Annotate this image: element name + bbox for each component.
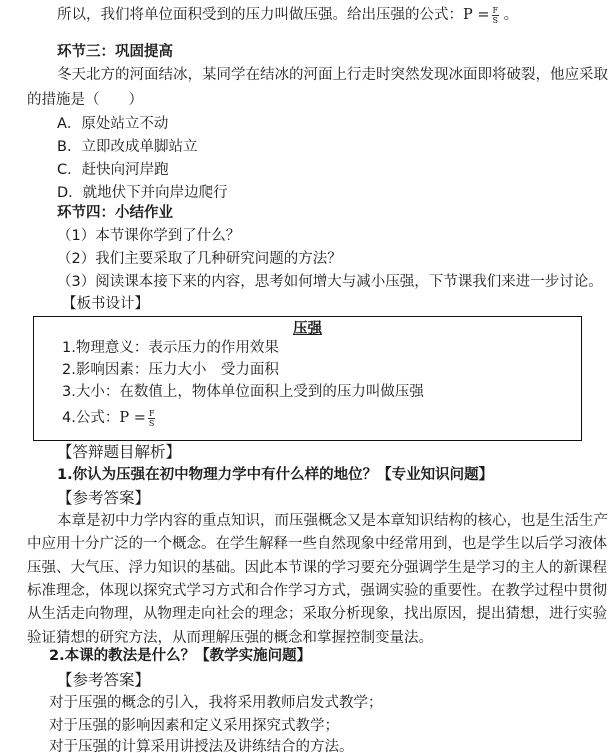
question-line-1: 冬天北方的河面结冰，某同学在结冰的河面上行走时突然发现冰面即将破裂，他应采取: [57, 65, 608, 85]
q1-answer-line: 中应用十分广泛的一个概念。在学生解释一些自然现象中经常用到，也是学生以后学习液体: [27, 534, 607, 554]
formula-fraction: FS: [492, 6, 500, 25]
option-c: C．赶快向河岸跑: [57, 160, 169, 180]
summary-item-2: （2）我们主要采取了几种研究问题的方法？: [57, 249, 342, 269]
board-title: 压强: [34, 319, 581, 339]
q1-answer-line: 从生活走向物理，从物理走向社会的理念；采取分析现象，找出原因，提出猜想，进行实验: [27, 604, 607, 624]
formula-lhs: P =: [463, 7, 490, 23]
board-label: 【板书设计】: [62, 294, 149, 314]
q2-answer-line: 对于压强的概念的引入，我将采用教师启发式教学；: [49, 693, 383, 713]
board-formula-denominator: S: [148, 419, 156, 428]
section3-heading: 环节三：巩固提高: [57, 42, 173, 62]
summary-item-1: （1）本节课你学到了什么？: [57, 226, 240, 246]
defense-label: 【答辩题目解析】: [57, 442, 181, 462]
question-line-2: 的措施是（ ）: [27, 90, 143, 110]
board-formula-fraction: FS: [148, 409, 156, 428]
formula-numerator: F: [492, 6, 500, 16]
option-b: B．立即改成单脚站立: [57, 137, 197, 157]
summary-item-3: （3）阅读课本接下来的内容，思考如何增大与减小压强，下节课我们来进一步讨论。: [57, 272, 603, 292]
q2-answer-line: 对于压强的计算采用讲授法及讲练结合的方法。: [49, 737, 354, 753]
board-item-2: 2.影响因素：压力大小 受力面积: [62, 360, 279, 380]
q2-answer-line: 对于压强的影响因素和定义采用探究式教学；: [49, 716, 339, 736]
board-item-1: 1.物理意义：表示压力的作用效果: [62, 338, 279, 358]
q2-answer-label: 【参考答案】: [57, 670, 150, 690]
intro-text: 所以，我们将单位面积受到的压力叫做压强。给出压强的公式：: [57, 7, 463, 23]
q1-answer-line: 压强、大气压、浮力知识的基础。因此本节课的学习要充分强调学生是学习的主人的新课程: [27, 558, 607, 578]
board-design-box: 压强 1.物理意义：表示压力的作用效果 2.影响因素：压力大小 受力面积 3.大…: [33, 316, 582, 441]
q1-question: 1.你认为压强在初中物理力学中有什么样的地位？【专业知识问题】: [57, 465, 493, 485]
q1-answer-line: 标准理念，体现以探究式学习方式和合作学习方式，强调实验的重要性。在教学过程中贯彻: [27, 581, 607, 601]
board-item-4: 4.公式：P =FS: [62, 408, 155, 428]
formula-denominator: S: [492, 16, 500, 25]
option-a: A．原处站立不动: [57, 114, 168, 134]
formula-label: 4.公式：: [62, 410, 119, 426]
q1-answer-line: 验证猜想的研究方法，从而理解压强的概念和掌握控制变量法。: [27, 628, 433, 648]
q2-question: 2.本课的教法是什么？【教学实施问题】: [49, 646, 311, 666]
q1-answer-line: 本章是初中力学内容的重点知识，而压强概念又是本章知识结构的核心，也是生活生产: [57, 511, 608, 531]
intro-line: 所以，我们将单位面积受到的压力叫做压强。给出压强的公式：P =FS 。: [57, 5, 518, 25]
intro-end: 。: [499, 7, 518, 23]
option-d: D．就地伏下并向岸边爬行: [57, 183, 228, 203]
board-item-3: 3.大小：在数值上，物体单位面积上受到的压力叫做压强: [62, 382, 424, 402]
section4-heading: 环节四：小结作业: [57, 203, 173, 223]
board-formula-lhs: P =: [119, 410, 146, 426]
board-formula-numerator: F: [148, 409, 156, 419]
q1-answer-label: 【参考答案】: [57, 488, 150, 508]
